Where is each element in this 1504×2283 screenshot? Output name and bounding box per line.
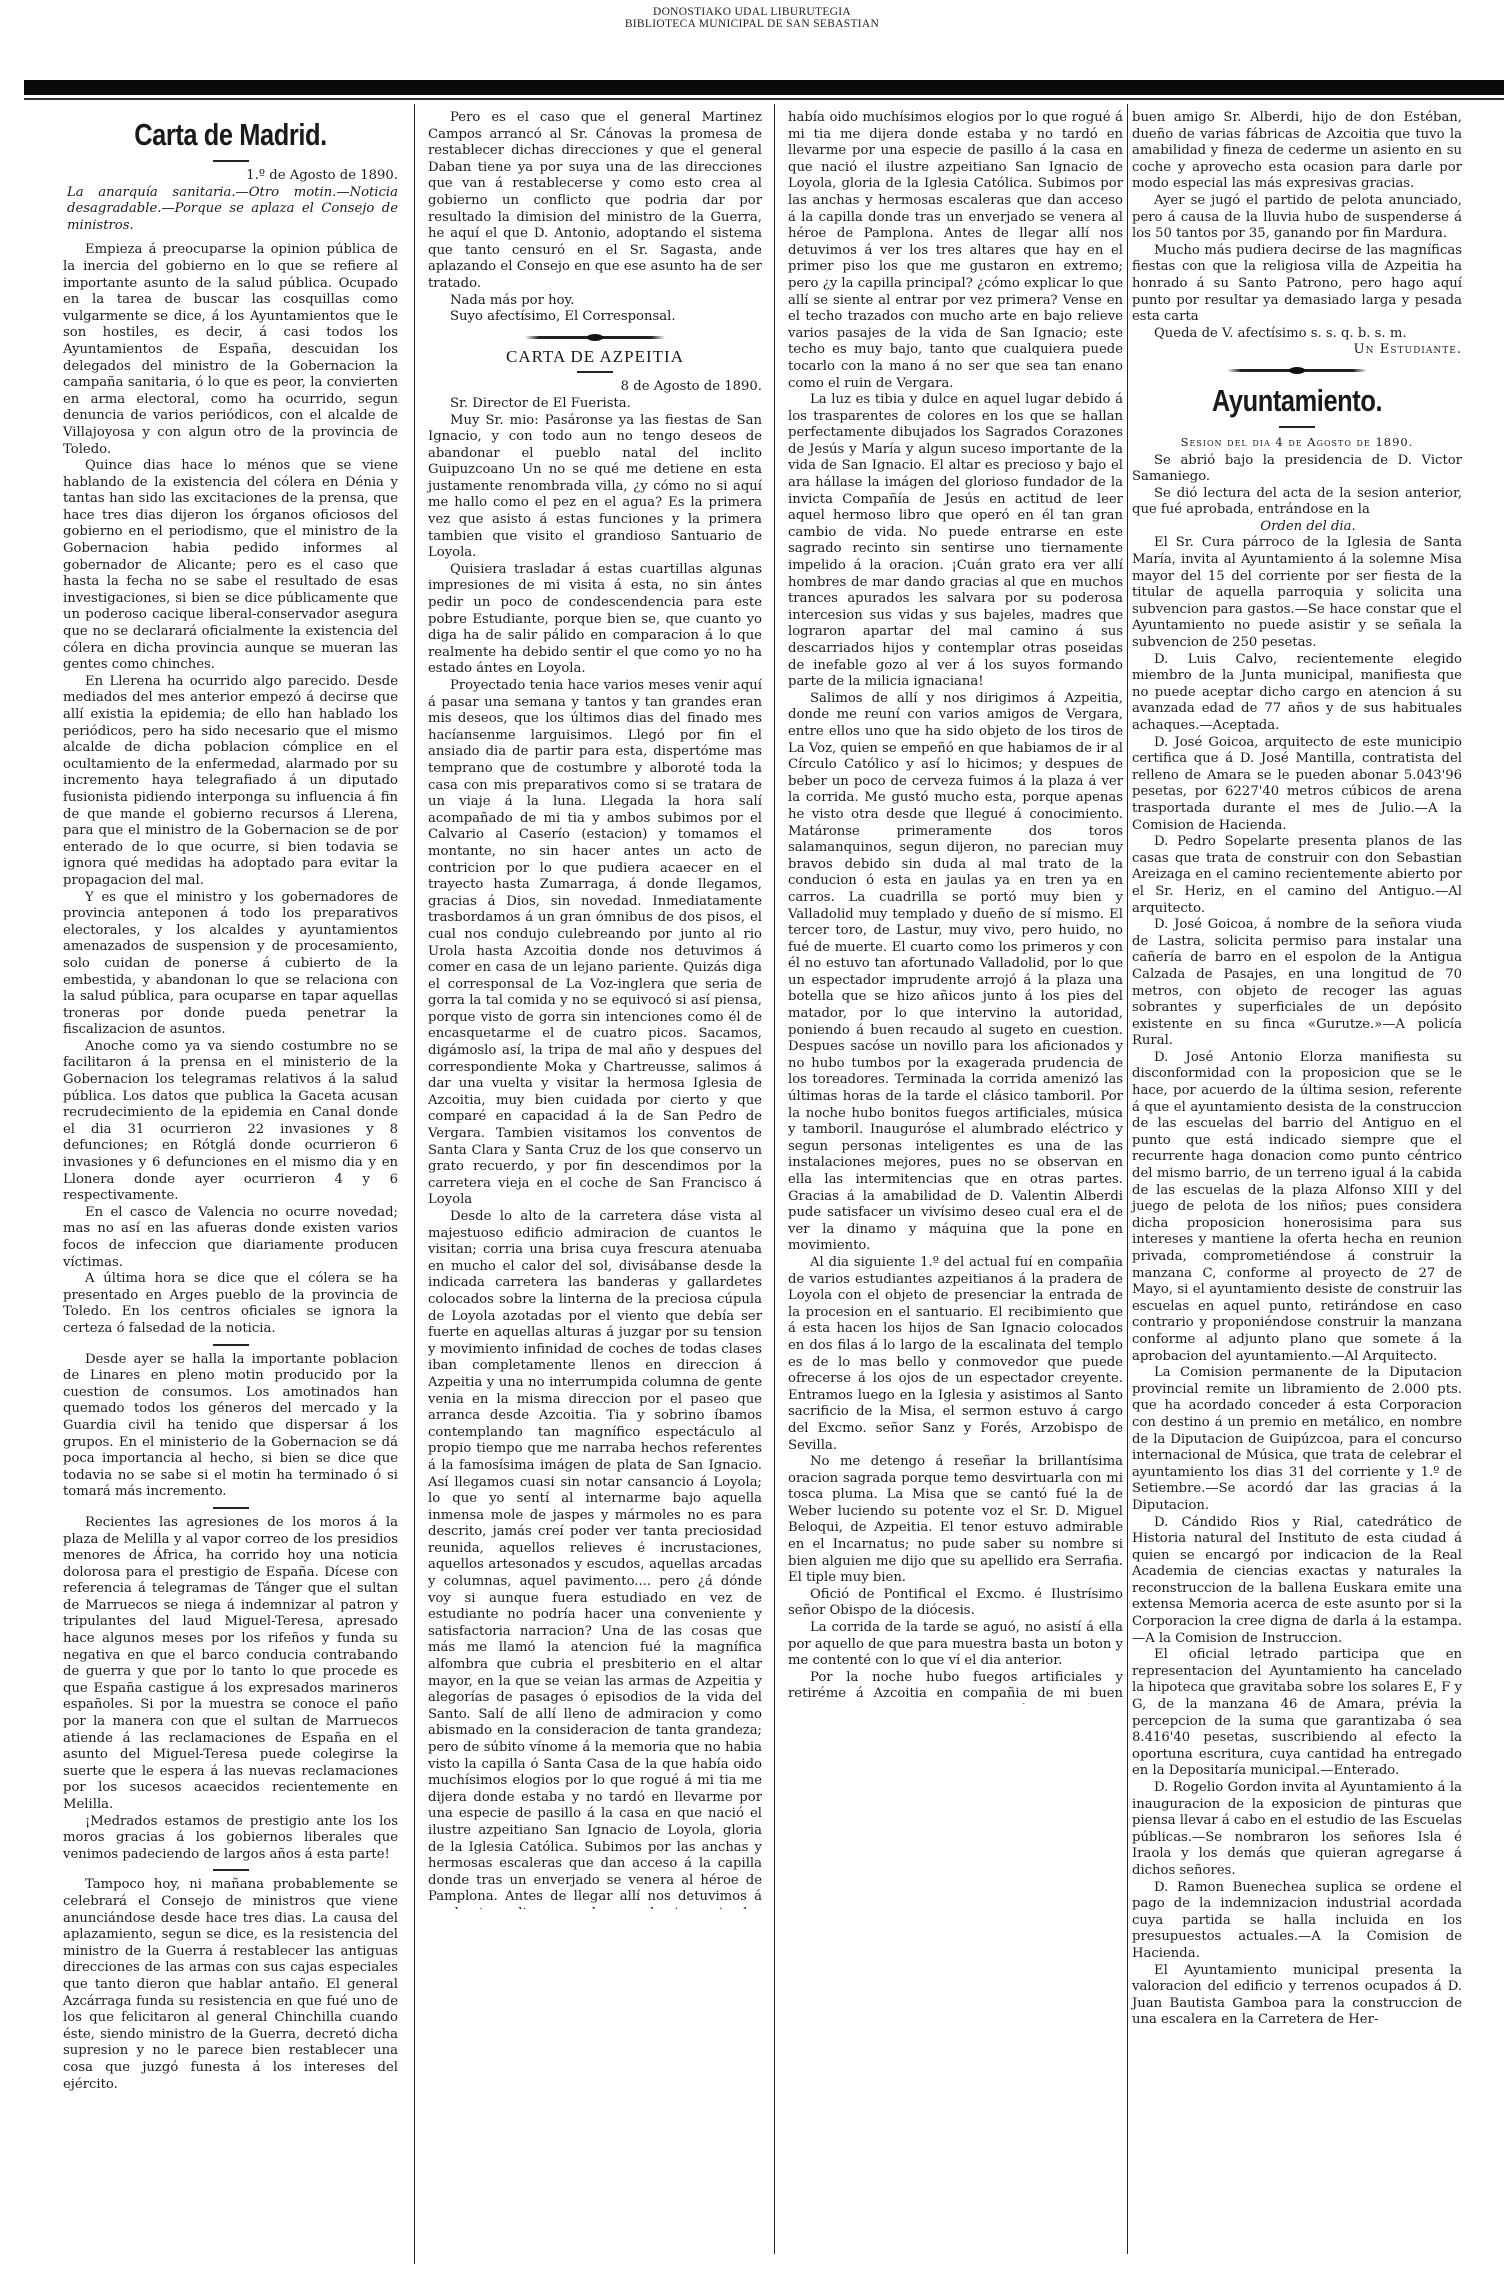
paragraph: Por la noche hubo fuegos artificiales y … — [788, 1670, 1123, 1704]
title-rule — [213, 160, 249, 162]
column-1: Carta de Madrid. 1.º de Agosto de 1890. … — [63, 110, 398, 2093]
paragraph: ¡Medrados estamos de prestigio ante los … — [63, 1814, 398, 1864]
salutation: Sr. Director de El Fuerista. — [428, 396, 762, 413]
ornament-separator — [525, 336, 665, 339]
agenda-item: D. José Goicoa, arquitecto de este munic… — [1132, 735, 1462, 835]
paragraph: A última hora se dice que el cólera se h… — [63, 1271, 398, 1337]
paragraph: Muy Sr. mio: Pasáronse ya las fiestas de… — [428, 413, 762, 562]
agenda-item: La Comision permanente de la Diputacion … — [1132, 1365, 1462, 1514]
paragraph: Ayer se jugó el partido de pelota anunci… — [1132, 193, 1462, 243]
section-separator — [213, 1507, 249, 1509]
column-3: había oido muchísimos elogios por lo que… — [788, 110, 1123, 1704]
agenda-item: D. Ramon Buenechea suplica se ordene el … — [1132, 1880, 1462, 1963]
column-2: Pero es el caso que el general Martinez … — [428, 110, 762, 1909]
paragraph: No me detengo á reseñar la brillantísima… — [788, 1454, 1123, 1587]
column-divider — [414, 104, 415, 2264]
article-title-carta-madrid: Carta de Madrid. — [93, 116, 368, 154]
paragraph: Se dió lectura del acta de la sesion ant… — [1132, 486, 1462, 519]
agenda-item: D. Luis Calvo, recientemente elegido mie… — [1132, 652, 1462, 735]
paragraph: Pero es el caso que el general Martinez … — [428, 110, 762, 293]
paragraph: En el casco de Valencia no ocurre noveda… — [63, 1205, 398, 1271]
agenda-item: D. Rogelio Gordon invita al Ayuntamiento… — [1132, 1780, 1462, 1880]
masthead-rule — [24, 98, 1504, 100]
column-divider — [1127, 104, 1128, 2254]
paragraph: Tampoco hoy, ni mañana probablemente se … — [63, 1877, 398, 2093]
session-heading: Sesion del dia 4 de Agosto de 1890. — [1132, 434, 1462, 451]
paragraph: Al dia siguiente 1.º del actual fuí en c… — [788, 1255, 1123, 1454]
agenda-item: D. Pedro Sopelarte presenta planos de la… — [1132, 834, 1462, 917]
ornament-separator — [1227, 369, 1367, 372]
signature: Suyo afectísimo, El Corresponsal. — [428, 309, 762, 326]
paragraph: Y es que el ministro y los gobernadores … — [63, 890, 398, 1039]
agenda-item: D. José Antonio Elorza manifiesta su dis… — [1132, 1050, 1462, 1365]
paragraph: Proyectado tenia hace varios meses venir… — [428, 678, 762, 1209]
paragraph: Desde lo alto de la carretera dáse vista… — [428, 1209, 762, 1909]
column-4: buen amigo Sr. Alberdi, hijo de don Esté… — [1132, 110, 1462, 2029]
paragraph: Anoche como ya va siendo costumbre no se… — [63, 1039, 398, 1205]
section-separator — [213, 1344, 249, 1346]
archive-header-line2: BIBLIOTECA MUNICIPAL DE SAN SEBASTIAN — [0, 18, 1504, 30]
agenda-item: El oficial letrado participa que en repr… — [1132, 1647, 1462, 1780]
paragraph-continued: había oido muchísimos elogios por lo que… — [788, 110, 1123, 392]
order-of-day-heading: Orden del dia. — [1132, 519, 1462, 536]
signature: Un Estudiante. — [1132, 342, 1462, 359]
article-summary: La anarquía sanitaria.—Otro motin.—Notic… — [63, 185, 398, 235]
article-title-ayuntamiento: Ayuntamiento. — [1162, 382, 1433, 420]
dateline: 8 de Agosto de 1890. — [428, 379, 762, 396]
paragraph: Quince dias hace lo ménos que se viene h… — [63, 458, 398, 674]
archive-header-line1: DONOSTIAKO UDAL LIBURUTEGIA — [0, 6, 1504, 18]
paragraph: En Llerena ha ocurrido algo parecido. De… — [63, 674, 398, 890]
closing-line: Nada más por hoy. — [428, 293, 762, 310]
title-rule — [1279, 426, 1315, 428]
paragraph: La corrida de la tarde se aguó, no asist… — [788, 1620, 1123, 1670]
agenda-item: El Ayuntamiento municipal presenta la va… — [1132, 1963, 1462, 2029]
paragraph: Ofició de Pontifical el Excmo. é Ilustrí… — [788, 1587, 1123, 1620]
paragraph-continued: buen amigo Sr. Alberdi, hijo de don Esté… — [1132, 110, 1462, 193]
paragraph: Empieza á preocuparse la opinion pública… — [63, 242, 398, 458]
paragraph: Quisiera trasladar á estas cuartillas al… — [428, 562, 762, 678]
masthead-bar — [24, 80, 1504, 95]
column-divider — [774, 104, 775, 2254]
agenda-item: D. José Goicoa, á nombre de la señora vi… — [1132, 917, 1462, 1050]
agenda-item: El Sr. Cura párroco de la Iglesia de San… — [1132, 535, 1462, 651]
closing-line: Queda de V. afectísimo s. s. q. b. s. m. — [1132, 326, 1462, 343]
title-rule — [577, 371, 613, 373]
paragraph: Se abrió bajo la presidencia de D. Victo… — [1132, 453, 1462, 486]
archive-header: DONOSTIAKO UDAL LIBURUTEGIA BIBLIOTECA M… — [0, 6, 1504, 30]
section-separator — [213, 1869, 249, 1871]
paragraph: Mucho más pudiera decirse de las magnífi… — [1132, 243, 1462, 326]
paragraph: Salimos de allí y nos dirigimos á Azpeit… — [788, 691, 1123, 1255]
dateline: 1.º de Agosto de 1890. — [63, 168, 398, 185]
agenda-item: D. Cándido Rios y Rial, catedrático de H… — [1132, 1515, 1462, 1648]
paragraph: La luz es tibia y dulce en aquel lugar d… — [788, 392, 1123, 691]
paragraph: Recientes las agresiones de los moros á … — [63, 1515, 398, 1814]
article-title-carta-azpeitia: CARTA DE AZPEITIA — [428, 349, 762, 366]
paragraph: Desde ayer se halla la importante poblac… — [63, 1352, 398, 1501]
